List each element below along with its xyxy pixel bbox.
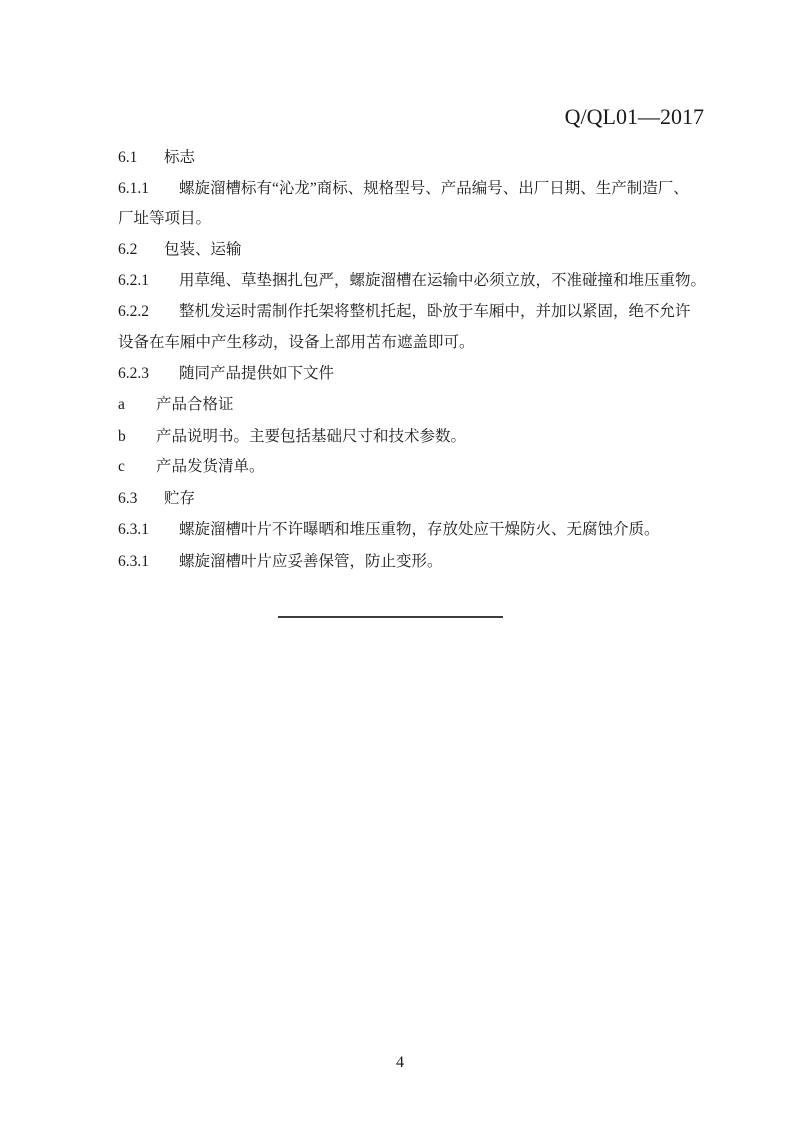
end-divider bbox=[278, 616, 503, 618]
clause-number: 6.2.1 bbox=[118, 271, 179, 291]
section-number: 6.2 bbox=[118, 240, 164, 260]
clause-text: 用草绳、草垫捆扎包严，螺旋溜槽在运输中必须立放，不准碰撞和堆压重物。 bbox=[179, 272, 706, 289]
list-marker: c bbox=[118, 457, 156, 477]
list-item-c: c产品发货清单。 bbox=[118, 457, 718, 477]
clause-text: 整机发运时需制作托架将整机托起，卧放于车厢中，并加以紧固，绝不允许 bbox=[179, 303, 691, 320]
section-heading-6-1: 6.1标志 bbox=[118, 148, 718, 168]
clause-6-2-2: 6.2.2整机发运时需制作托架将整机托起，卧放于车厢中，并加以紧固，绝不允许 bbox=[118, 302, 718, 322]
clause-6-2-3: 6.2.3随同产品提供如下文件 bbox=[118, 364, 718, 384]
list-marker: a bbox=[118, 395, 156, 415]
section-title: 标志 bbox=[164, 149, 195, 166]
clause-6-2-1: 6.2.1用草绳、草垫捆扎包严，螺旋溜槽在运输中必须立放，不准碰撞和堆压重物。 bbox=[118, 271, 718, 291]
clause-number: 6.3.1 bbox=[118, 520, 179, 540]
clause-text: 螺旋溜槽叶片不许曝晒和堆压重物，存放处应干燥防火、无腐蚀介质。 bbox=[179, 521, 660, 538]
clause-text: 螺旋溜槽叶片应妥善保管，防止变形。 bbox=[179, 553, 443, 570]
list-item-text: 产品发货清单。 bbox=[156, 458, 265, 475]
standard-code: Q/QL01—2017 bbox=[565, 104, 704, 130]
list-marker: b bbox=[118, 427, 156, 447]
clause-6-3-1-b: 6.3.1螺旋溜槽叶片应妥善保管，防止变形。 bbox=[118, 552, 718, 572]
clause-text: 随同产品提供如下文件 bbox=[179, 365, 334, 382]
section-number: 6.3 bbox=[118, 489, 164, 509]
clause-6-1-1: 6.1.1螺旋溜槽标有“沁龙”商标、规格型号、产品编号、出厂日期、生产制造厂、 bbox=[118, 179, 718, 199]
list-item-text: 产品合格证 bbox=[156, 396, 234, 413]
clause-number: 6.3.1 bbox=[118, 552, 179, 572]
page-number: 4 bbox=[0, 1054, 800, 1072]
section-heading-6-3: 6.3贮存 bbox=[118, 489, 718, 509]
section-number: 6.1 bbox=[118, 148, 164, 168]
clause-6-1-1-continuation: 厂址等项目。 bbox=[118, 209, 718, 229]
clause-6-2-2-continuation: 设备在车厢中产生移动，设备上部用苫布遮盖即可。 bbox=[118, 333, 718, 353]
clause-number: 6.2.3 bbox=[118, 364, 179, 384]
clause-number: 6.1.1 bbox=[118, 179, 179, 199]
clause-text: 螺旋溜槽标有“沁龙”商标、规格型号、产品编号、出厂日期、生产制造厂、 bbox=[179, 180, 689, 197]
section-title: 包装、运输 bbox=[164, 241, 242, 258]
list-item-a: a产品合格证 bbox=[118, 395, 718, 415]
clause-text-continuation: 设备在车厢中产生移动，设备上部用苫布遮盖即可。 bbox=[118, 334, 475, 351]
clause-text-continuation: 厂址等项目。 bbox=[118, 210, 211, 227]
section-title: 贮存 bbox=[164, 490, 195, 507]
clause-number: 6.2.2 bbox=[118, 302, 179, 322]
document-page: Q/QL01—2017 6.1标志 6.1.1螺旋溜槽标有“沁龙”商标、规格型号… bbox=[0, 0, 800, 1132]
section-heading-6-2: 6.2包装、运输 bbox=[118, 240, 718, 260]
clause-6-3-1-a: 6.3.1螺旋溜槽叶片不许曝晒和堆压重物，存放处应干燥防火、无腐蚀介质。 bbox=[118, 520, 718, 540]
list-item-text: 产品说明书。主要包括基础尺寸和技术参数。 bbox=[156, 428, 466, 445]
list-item-b: b产品说明书。主要包括基础尺寸和技术参数。 bbox=[118, 427, 718, 447]
